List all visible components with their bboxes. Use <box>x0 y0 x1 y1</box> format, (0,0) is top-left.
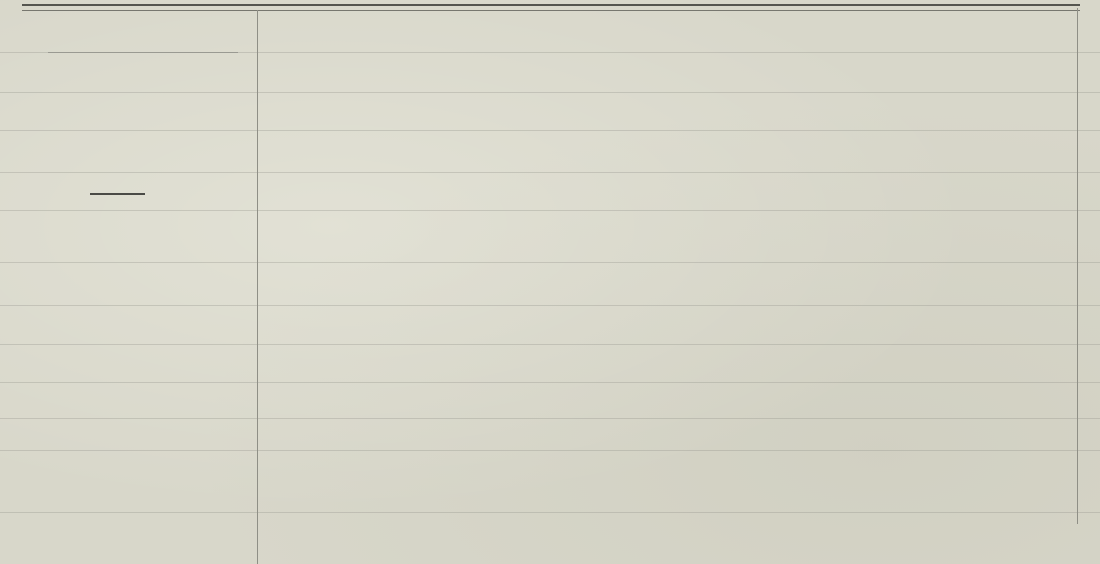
ruled-line <box>0 130 1100 131</box>
margin-underline <box>90 193 145 195</box>
ruled-line <box>0 382 1100 383</box>
right-margin-line <box>1077 8 1078 524</box>
top-border-rule <box>22 4 1080 11</box>
ruled-line <box>0 450 1100 451</box>
ruled-line <box>0 92 1100 93</box>
ruled-line <box>0 262 1100 263</box>
ruled-line <box>0 512 1100 513</box>
ruled-line <box>0 172 1100 173</box>
ruled-line <box>0 305 1100 306</box>
ruled-line <box>0 344 1100 345</box>
margin-column-divider <box>257 10 258 564</box>
register-page <box>0 0 1100 564</box>
ruled-line <box>0 418 1100 419</box>
ruled-line <box>0 210 1100 211</box>
entry-number-underline <box>48 52 238 53</box>
